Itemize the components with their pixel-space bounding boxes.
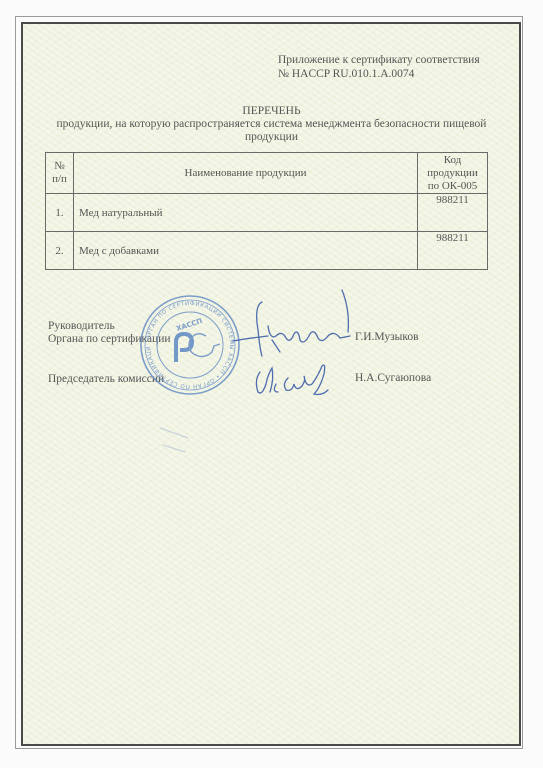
products-table: № п/п Наименование продукции Код продукц…: [45, 152, 488, 270]
head-of-body-name: Г.И.Музыков: [355, 331, 419, 343]
header-number: № п/п: [46, 153, 74, 194]
row-product-code: 988211: [418, 232, 488, 270]
header-product-code: Код продукции по ОК-005: [418, 153, 488, 194]
row-product-name: Мед натуральный: [74, 194, 418, 232]
document-subtitle: продукции, на которую распространяется с…: [0, 117, 543, 131]
head-of-body-label: Руководитель Органа по сертификации: [48, 320, 171, 346]
appendix-line: Приложение к сертификату соответствия: [278, 53, 480, 67]
table-row: 2. Мед с добавками 988211: [46, 232, 488, 270]
certificate-number: № HACCP RU.010.1.A.0074: [278, 67, 480, 81]
document-subtitle-cont: продукции: [0, 130, 543, 144]
table-header-row: № п/п Наименование продукции Код продукц…: [46, 153, 488, 194]
row-product-name: Мед с добавками: [74, 232, 418, 270]
chair-label: Председатель комиссии: [48, 373, 164, 386]
row-number: 2.: [46, 232, 74, 270]
table-row: 1. Мед натуральный 988211: [46, 194, 488, 232]
row-number: 1.: [46, 194, 74, 232]
chair-name: Н.А.Сугаюпова: [355, 372, 431, 384]
header-product-name: Наименование продукции: [74, 153, 418, 194]
appendix-reference: Приложение к сертификату соответствия № …: [278, 53, 480, 81]
document-title: ПЕРЕЧЕНЬ: [0, 104, 543, 118]
row-product-code: 988211: [418, 194, 488, 232]
